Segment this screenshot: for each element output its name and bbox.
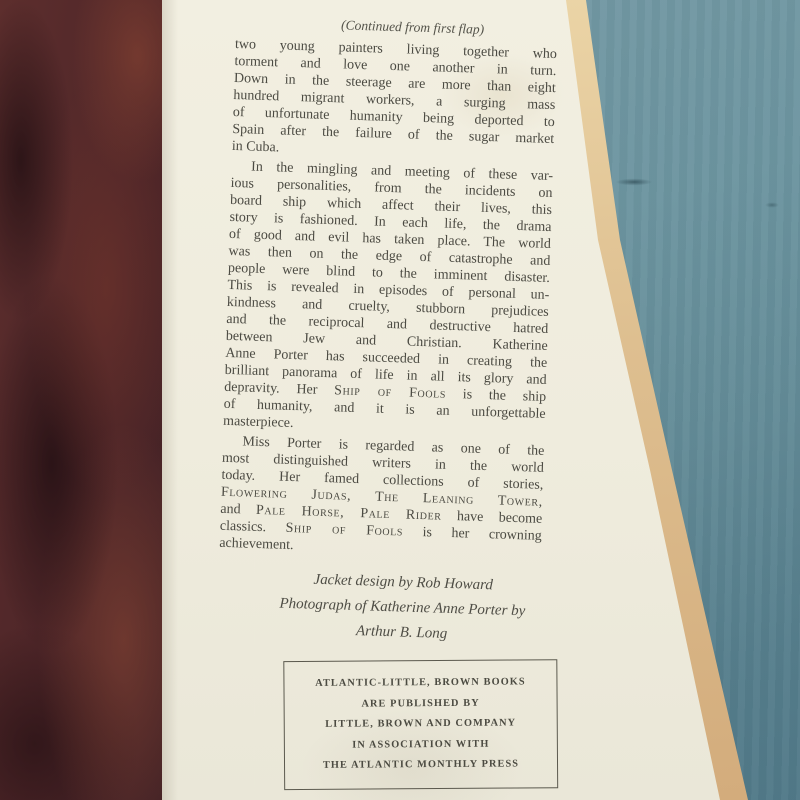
publisher-box-line: LITTLE, BROWN AND COMPANY <box>292 713 550 735</box>
book-title-ship-of-fools: Ship of Fools <box>285 521 403 540</box>
flap-credits: Jacket design by Rob Howard Photograph o… <box>240 565 564 650</box>
text-segment: classics. <box>220 519 286 536</box>
publisher-box: ATLANTIC-LITTLE, BROWN BOOKS ARE PUBLISH… <box>283 659 558 789</box>
flap-paragraph-2: In the mingling and meeting of these var… <box>223 158 553 440</box>
publisher-box-line: THE ATLANTIC MONTHLY PRESS <box>292 754 550 776</box>
flap-paragraph-3: Miss Porter is regarded as one of the mo… <box>219 433 545 562</box>
flap-printed-copy: (Continued from first flap) two young pa… <box>212 13 558 792</box>
text-segment: is her crowning <box>403 525 542 544</box>
jacket-flap-worn-edge: (Continued from first flap) two young pa… <box>162 0 750 800</box>
publisher-box-line: ATLANTIC-LITTLE, BROWN BOOKS <box>291 672 549 694</box>
jacket-flap-paper: (Continued from first flap) two young pa… <box>162 0 750 800</box>
wood-table-surface <box>0 0 172 800</box>
flap-continued-note: (Continued from first flap) <box>235 13 557 40</box>
text-segment: and <box>220 502 256 518</box>
publisher-box-line: IN ASSOCIATION WITH <box>292 734 550 756</box>
text-segment: have become <box>441 509 542 527</box>
publisher-box-line: ARE PUBLISHED BY <box>292 693 550 715</box>
flap-paragraph-1: two young painters living together who t… <box>232 36 558 165</box>
text-segment: is the ship <box>446 387 547 405</box>
book-flap-photo: { "photo": { "backdrop_color": "#6d95a0"… <box>0 0 800 800</box>
